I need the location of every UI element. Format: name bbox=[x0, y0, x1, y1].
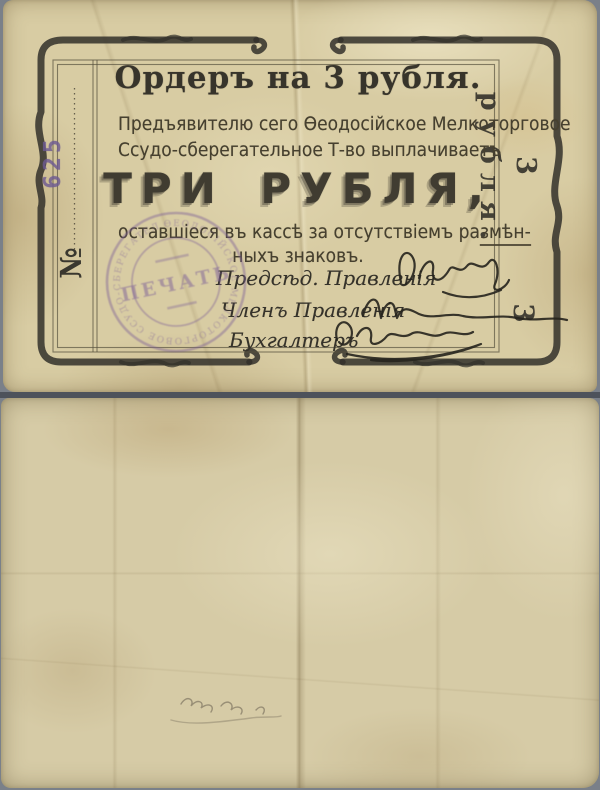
intro-line-1: Предъявителю сего Ѳеодосійское Мелкоторг… bbox=[118, 113, 478, 135]
signature-accountant bbox=[336, 322, 481, 361]
serial-number: 625 bbox=[40, 117, 66, 207]
banknote-front: 625 № 3 рубля. 3 Ордеръ на 3 рубля. Пред… bbox=[3, 0, 597, 392]
serial-label: № bbox=[54, 243, 88, 283]
intro-line-2: Ссудо-сберегательное Т-во выплачиваетъ bbox=[118, 139, 478, 161]
note-title: Ордеръ на 3 рубля. bbox=[98, 60, 498, 96]
banknote-back bbox=[1, 398, 599, 788]
amount-in-words: ТРИ РУБЛЯ, bbox=[98, 164, 498, 213]
photo-canvas: 625 № 3 рубля. 3 Ордеръ на 3 рубля. Пред… bbox=[0, 0, 600, 790]
signature-board-member bbox=[363, 300, 567, 320]
round-seal-stamp: ѲЕОДОСІЙСКОЕ МЕЛКОТОРГОВОЕ ССУДО-СБЕРЕГА… bbox=[88, 208, 273, 358]
signatures bbox=[323, 240, 583, 370]
signature-chairman bbox=[399, 253, 509, 297]
faint-handwriting-mark bbox=[161, 686, 301, 734]
